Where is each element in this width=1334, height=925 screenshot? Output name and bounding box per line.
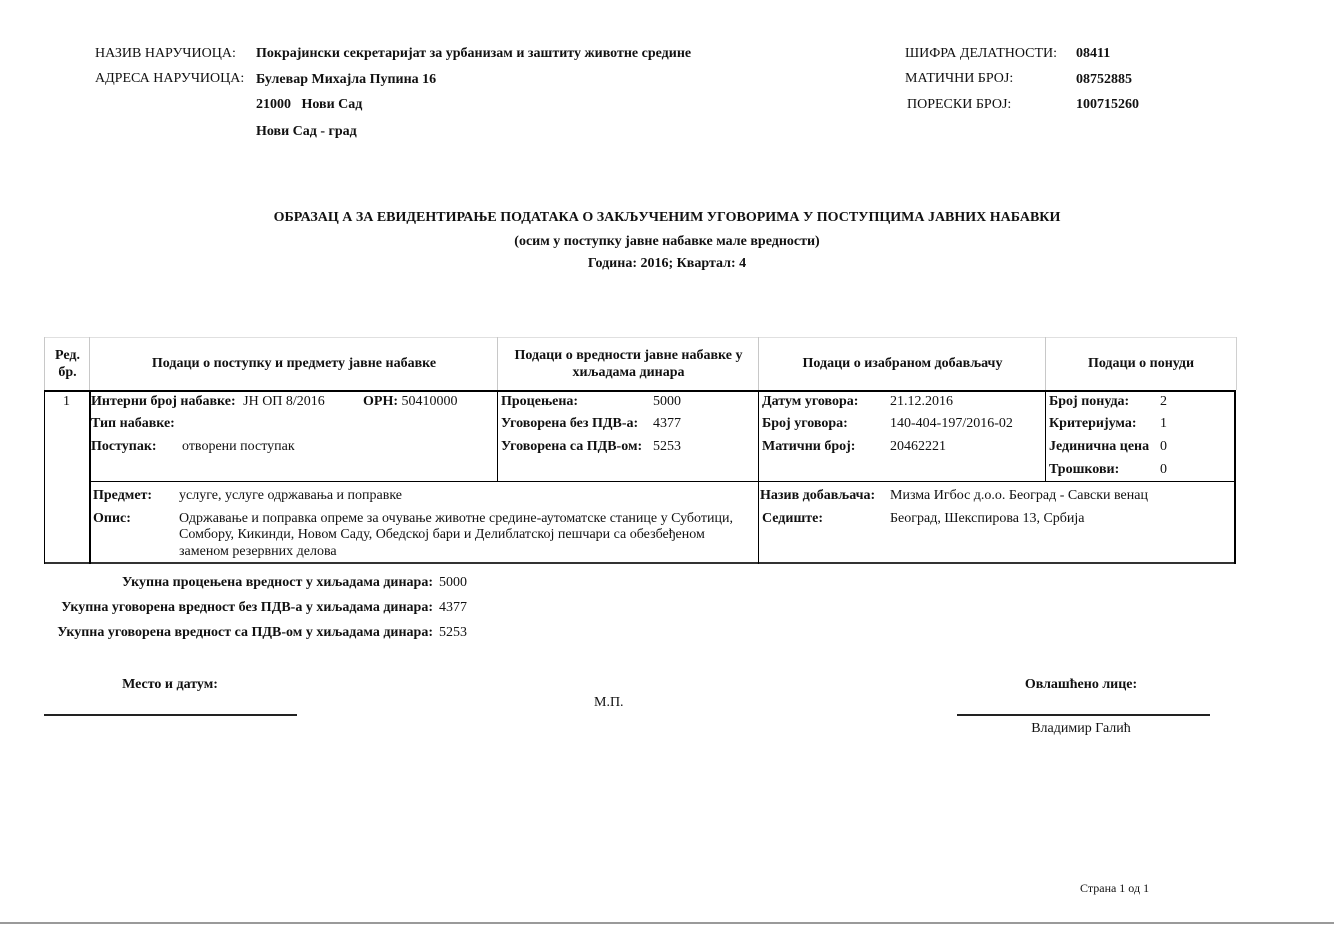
contracted-no-vat-value: 4377 <box>653 416 681 432</box>
orderer-name-label: НАЗИВ НАРУЧИОЦА: <box>95 46 236 62</box>
orderer-address-line3: Нови Сад - град <box>256 124 357 140</box>
contracted-vat-value: 5253 <box>653 439 681 455</box>
orn-code: ОРН: 50410000 <box>363 394 458 410</box>
procurement-type: Тип набавке: <box>91 416 175 432</box>
activity-code-value: 08411 <box>1076 46 1110 62</box>
supplier-seat-value: Београд, Шекспирова 13, Србија <box>890 511 1085 527</box>
header-procedure: Подаци о поступку и предмету јавне набав… <box>89 337 498 390</box>
offers-count-label: Број понуда: <box>1049 394 1129 410</box>
page-bottom-divider <box>0 922 1334 924</box>
header-offer: Подаци о понуди <box>1045 337 1237 390</box>
unit-price-label: Јединична цена <box>1049 439 1149 455</box>
total-contracted-no-vat-value: 4377 <box>439 600 467 616</box>
supplier-name-label: Назив добављача: <box>760 488 875 504</box>
procedure-value: отворени поступак <box>182 439 295 455</box>
description-line-1: Одржавање и поправка опреме за очување ж… <box>179 511 733 527</box>
contracted-vat-label: Уговорена са ПДВ-ом: <box>501 439 642 455</box>
header-row-number: Ред. бр. <box>44 337 90 390</box>
contracted-no-vat-label: Уговорена без ПДВ-а: <box>501 416 638 432</box>
costs-label: Трошкови: <box>1049 462 1119 478</box>
orderer-name-value: Покрајински секретаријат за урбанизам и … <box>256 46 691 62</box>
header-supplier: Подаци о изабраном добављачу <box>758 337 1046 390</box>
place-date-label: Место и датум: <box>44 677 296 693</box>
orderer-address-label: АДРЕСА НАРУЧИОЦА: <box>95 71 244 87</box>
estimated-value: 5000 <box>653 394 681 410</box>
contract-number-label: Број уговора: <box>762 416 848 432</box>
authorized-person-line <box>957 714 1210 716</box>
supplier-registration-label: Матични број: <box>762 439 855 455</box>
page-number: Страна 1 од 1 <box>1080 881 1149 896</box>
procedure-label: Поступак: <box>91 439 157 455</box>
contract-number-value: 140-404-197/2016-02 <box>890 416 1013 432</box>
orderer-address-line2: 21000 Нови Сад <box>256 97 362 113</box>
supplier-registration-value: 20462221 <box>890 439 946 455</box>
criteria-value: 1 <box>1160 416 1167 432</box>
total-contracted-no-vat-label: Укупна уговорена вредност без ПДВ-а у хи… <box>61 600 433 616</box>
description-line-3: заменом резервних делова <box>179 544 337 560</box>
estimated-label: Процењена: <box>501 394 578 410</box>
costs-value: 0 <box>1160 462 1167 478</box>
supplier-name-value: Мизма Игбос д.о.о. Београд - Савски вена… <box>890 488 1148 504</box>
orderer-address-line1: Булевар Михајла Пупина 16 <box>256 72 436 88</box>
subject-value: услуге, услуге одржавања и поправке <box>179 488 402 504</box>
authorized-person-label: Овлашћено лице: <box>957 677 1205 693</box>
tax-number-value: 100715260 <box>1076 97 1139 113</box>
total-estimated-value: 5000 <box>439 575 467 591</box>
subject-label: Предмет: <box>93 488 152 504</box>
total-contracted-vat-label: Укупна уговорена вредност са ПДВ-ом у хи… <box>57 625 433 641</box>
registration-value: 08752885 <box>1076 72 1132 88</box>
description-label: Опис: <box>93 511 131 527</box>
unit-price-value: 0 <box>1160 439 1167 455</box>
row-number: 1 <box>44 394 89 410</box>
criteria-label: Критеријума: <box>1049 416 1137 432</box>
internal-number: Интерни број набавке: ЈН ОП 8/2016 <box>91 394 325 410</box>
contract-date-label: Датум уговора: <box>762 394 858 410</box>
stamp-label: М.П. <box>594 695 624 711</box>
header-value: Подаци о вредности јавне набавке у хиљад… <box>497 337 759 390</box>
form-title: ОБРАЗАЦ А ЗА ЕВИДЕНТИРАЊЕ ПОДАТАКА О ЗАК… <box>0 210 1334 226</box>
registration-label: МАТИЧНИ БРОЈ: <box>905 71 1013 87</box>
tax-number-label: ПОРЕСКИ БРОЈ: <box>907 97 1011 113</box>
description-line-2: Сомбору, Кикинди, Новом Саду, Обедској б… <box>179 527 705 543</box>
place-date-line <box>44 714 297 716</box>
total-contracted-vat-value: 5253 <box>439 625 467 641</box>
activity-code-label: ШИФРА ДЕЛАТНОСТИ: <box>905 46 1057 62</box>
contract-date-value: 21.12.2016 <box>890 394 953 410</box>
authorized-person-name: Владимир Галић <box>957 721 1205 737</box>
form-period: Година: 2016; Квартал: 4 <box>0 256 1334 272</box>
form-subtitle: (осим у поступку јавне набавке мале вред… <box>0 234 1334 250</box>
total-estimated-label: Укупна процењена вредност у хиљадама дин… <box>122 575 433 591</box>
supplier-seat-label: Седиште: <box>762 511 823 527</box>
offers-count-value: 2 <box>1160 394 1167 410</box>
